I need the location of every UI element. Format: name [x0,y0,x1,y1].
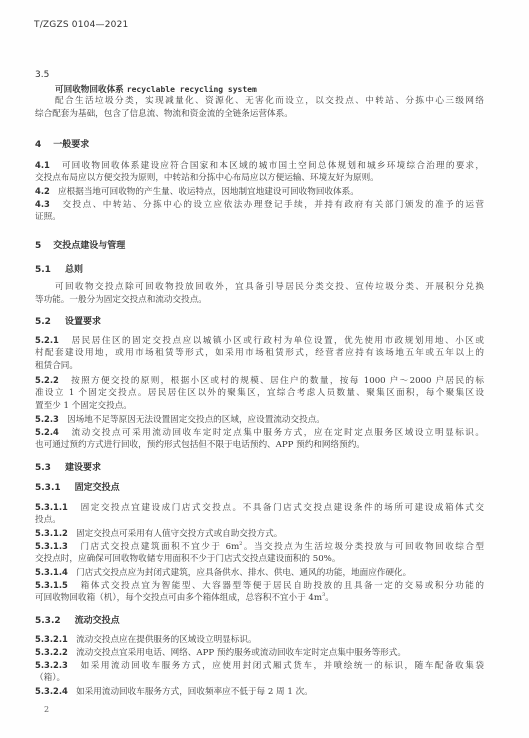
subsection-heading-5-3: 5.3建设要求 [35,460,101,473]
clause-4-1-line-2: 交投点布局应以方便交投为原则，中转站和分拣中心布局应以方便运输、环境友好为原则。 [35,172,484,185]
clause-5-3-2-3-line-2: （箱）。 [35,672,484,685]
clause-5-3-1-5-line-2: 可回收物回收箱（机），每个交投点可由多个箱体组成，总容积不宜小于 4m3。 [35,592,484,605]
section-heading-5: 5交投点建设与管理 [35,238,125,251]
clause-5-3-1-2: 5.3.1.2 固定交投点可采用有人值守交投方式或自助交投方式。 [35,527,484,541]
term-definition-line-2: 综合配套为基础，包含了信息流、物流和资金流的全链条运营体系。 [35,108,484,121]
clause-5-3-2-1: 5.3.2.1 流动交投点应在提供服务的区域设立明显标识。 [35,633,484,647]
term-cn: 可回收物回收体系 [55,85,124,95]
clause-5-3-1-3-line-2: 交投点时，应确保可回收物收储专用面积不少于门店式交投点建设面积的 50%。 [35,553,484,566]
standard-code-header: T/ZGZS 0104—2021 [34,20,128,30]
subsection-heading-5-3-1: 5.3.1固定交投点 [35,480,120,493]
clause-5-2-4-line-2: 也可通过预约方式进行回收，预约形式包括但不限于电话预约、APP 预约和网络预约。 [35,439,484,452]
clause-5-3-2-4: 5.3.2.4 如采用流动回收车服务方式，回收频率应不低于每 2 周 1 次。 [35,685,484,699]
clause-4-1-line-1: 4.1 可回收物回收体系建设应符合国家和本区域的城市国土空间总体规划和城乡环境综… [35,159,484,173]
clause-5-3-1-5-line-1: 5.3.1.5 箱体式交投点宜为智能型、大容器型等便于居民自助投放的且具备一定的… [35,579,484,593]
subsection-heading-5-3-2: 5.3.2流动交投点 [35,613,120,626]
clause-5-3-1-1-line-1: 5.3.1.1 固定交投点宜建设成门店式交投点。不具备门店式交投点建设条件的场所… [35,501,484,515]
clause-5-2-2-line-3: 置至少 1 个固定交投点。 [35,400,484,413]
clause-5-2-1-line-1: 5.2.1 居民居住区的固定交投点应以城镇小区或行政村为单位设置，优先使用市政规… [35,334,484,348]
clause-5-3-1-1-line-2: 投点。 [35,514,484,527]
clause-5-3-2-3-line-1: 5.3.2.3 如采用流动回收车服务方式，应使用封闭式厢式货车，并喷绘统一的标识… [35,659,484,673]
clause-5-3-1-3-line-1: 5.3.1.3 门店式交投点建筑面积不宜少于 6m2。当交投点为生活垃圾分类投放… [35,540,484,554]
clause-number-3-5: 3.5 [35,70,49,80]
page-number: 2 [44,705,49,714]
term-heading: 可回收物回收体系 recyclable recycling system [55,83,257,95]
term-definition-line-1: 配合生活垃圾分类，实现减量化、资源化、无害化而设立，以交投点、中转站、分拣中心三… [55,95,484,108]
clause-5-2-1-line-3: 租赁合同。 [35,360,484,373]
clause-5-2-2-line-2: 准设立 1 个固定交投点。居民居住区以外的聚集区，宜综合考虑人员数量、聚集区面积… [35,387,484,400]
term-en: recyclable recycling system [127,85,257,94]
clause-5-2-4-line-1: 5.2.4 流动交投点可采用流动回收车定时定点集中服务方式，应在定时定点服务区域… [35,426,484,440]
clause-5-2-1-line-2: 村配套建设用地，或用市场租赁等形式，如采用市场租赁形式，经营者应持有该场地五年或… [35,347,484,360]
clause-4-3-line-2: 证照。 [35,211,484,224]
clause-5-2-2-line-1: 5.2.2 按照方便交投的原则，根据小区或村的规模、居住户的数量，按每 1000… [35,374,484,388]
section-heading-4: 4一般要求 [35,137,89,150]
clause-5-1-line-2: 等功能。一般分为固定交投点和流动交投点。 [35,294,484,307]
clause-5-3-1-4: 5.3.1.4 门店式交投点应为封闭式建筑，应具备供水、排水、供电、通风的功能，… [35,566,484,580]
clause-4-2: 4.2 应根据当地可回收物的产生量、收运特点，因地制宜地建设可回收物回收体系。 [35,185,484,199]
document-page: T/ZGZS 0104—2021 3.5 可回收物回收体系 recyclable… [0,0,529,738]
subsection-heading-5-1: 5.1总则 [35,262,83,275]
clause-5-2-3: 5.2.3 因场地不足等原因无法设置固定交投点的区域，应设置流动交投点。 [35,413,484,427]
clause-5-1-line-1: 可回收物交投点除可回收物投放回收外，宜具备引导居民分类交投、宣传垃圾分类、开展积… [55,281,484,294]
clause-4-3-line-1: 4.3 交投点、中转站、分拣中心的设立应依法办理登记手续，并持有政府有关部门颁发… [35,198,484,212]
clause-5-3-2-2: 5.3.2.2 流动交投点宜采用电话、网络、APP 预约服务或流动回收车定时定点… [35,646,484,660]
subsection-heading-5-2: 5.2设置要求 [35,314,101,327]
